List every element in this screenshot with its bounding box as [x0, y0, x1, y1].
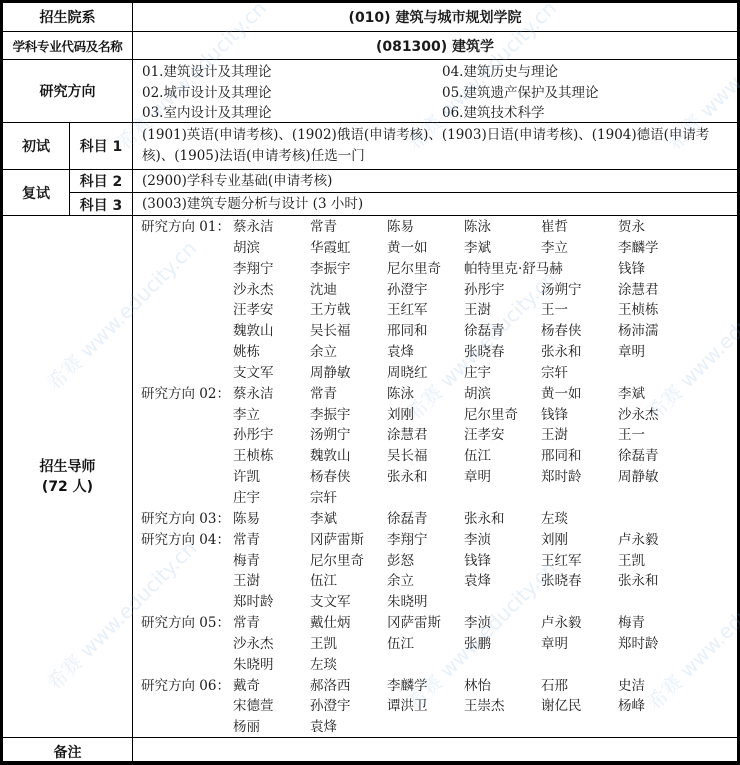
advisor-name: 陈泳	[387, 384, 464, 405]
advisor-name: 庄宇	[233, 488, 310, 509]
advisor-name: 王一	[618, 425, 695, 446]
advisor-name: 王崇杰	[464, 696, 541, 717]
advisor-name: 袁烽	[464, 571, 541, 592]
advisor-name: 李翔宁	[233, 259, 310, 280]
advisor-name: 吴长福	[310, 321, 387, 342]
advisor-name: 张永和	[618, 571, 695, 592]
advisor-name: 余立	[387, 571, 464, 592]
advisor-name: 梅青	[233, 551, 310, 572]
advisor-name: 石邢	[541, 676, 618, 697]
retest-subject-2-value: (2900)学科专业基础(申请考核)	[133, 170, 737, 193]
advisor-name: 徐磊青	[618, 446, 695, 467]
advisor-name: 魏敦山	[233, 321, 310, 342]
retest-label: 复试	[3, 170, 70, 215]
major-row: 学科专业代码及名称 (081300) 建筑学	[3, 32, 737, 60]
advisor-name: 冈萨雷斯	[310, 530, 387, 551]
advisor-name: 戴奇	[233, 676, 310, 697]
advisor-name: 李斌	[618, 384, 695, 405]
retest-subject-3-label: 科目 3	[70, 193, 133, 216]
advisor-name: 沙永杰	[618, 405, 695, 426]
advisor-name: 徐磊青	[464, 321, 541, 342]
direction-item: 03.室内设计及其理论	[142, 103, 442, 124]
advisor-name: 沈迪	[310, 280, 387, 301]
direction-item: 02.城市设计及其理论	[142, 83, 442, 104]
advisor-name: 王凯	[310, 634, 387, 655]
advisor-name: 杨春侠	[310, 467, 387, 488]
direction-item: 05.建筑遗产保护及其理论	[442, 83, 740, 104]
retest-subject-3-value: (3003)建筑专题分析与设计 (3 小时)	[133, 193, 737, 216]
advisor-name: 华霞虹	[310, 238, 387, 259]
advisor-name: 张晓春	[464, 342, 541, 363]
advisors-row: 招生导师 (72 人) 研究方向 01：蔡永洁常青陈易陈泳崔哲贺永胡滨华霞虹黄一…	[3, 216, 737, 738]
advisor-name: 章明	[541, 634, 618, 655]
advisor-name: 钱锋	[541, 405, 618, 426]
department-value: (010) 建筑与城市规划学院	[133, 3, 737, 31]
advisor-name: 张永和	[541, 342, 618, 363]
advisor-name: 梅青	[618, 613, 695, 634]
advisor-name: 朱晓明	[233, 655, 310, 676]
advisor-group-label: 研究方向 02：	[141, 384, 233, 405]
advisor-name: 左琰	[541, 509, 618, 530]
advisor-group-3: 研究方向 03：陈易李斌徐磊青张永和左琰	[141, 509, 737, 530]
advisor-name: 刘刚	[387, 405, 464, 426]
advisor-name: 王凯	[618, 551, 695, 572]
advisor-name: 张永和	[387, 467, 464, 488]
advisor-names: 蔡永洁常青陈泳胡滨黄一如李斌李立李振宇刘刚尼尔里奇钱锋沙永杰孙彤宇汤朔宁涂慧君汪…	[233, 384, 737, 509]
advisor-name: 彭怒	[387, 551, 464, 572]
advisor-name: 陈易	[233, 509, 310, 530]
advisor-name: 卢永毅	[541, 613, 618, 634]
advisor-name: 伍江	[387, 634, 464, 655]
advisor-name: 张晓春	[541, 571, 618, 592]
major-value: (081300) 建筑学	[133, 32, 737, 59]
advisor-name: 孙澄宇	[387, 280, 464, 301]
advisor-group-label: 研究方向 01：	[141, 217, 233, 238]
advisor-name: 支文军	[233, 363, 310, 384]
advisor-names: 陈易李斌徐磊青张永和左琰	[233, 509, 737, 530]
advisor-name: 李振宇	[310, 405, 387, 426]
advisor-name: 胡滨	[464, 384, 541, 405]
advisor-group-5: 研究方向 05：常青戴仕炳冈萨雷斯李浈卢永毅梅青沙永杰王凯伍江张鹏章明郑时龄朱晓…	[141, 613, 737, 676]
remarks-value	[133, 738, 737, 765]
advisor-name: 李立	[541, 238, 618, 259]
advisor-name: 王红军	[387, 300, 464, 321]
advisor-name: 庄宇	[464, 363, 541, 384]
advisor-name: 孙彤宇	[464, 280, 541, 301]
advisor-name: 常青	[233, 613, 310, 634]
advisor-name: 章明	[464, 467, 541, 488]
advisor-name: 袁烽	[387, 342, 464, 363]
advisor-name: 许凯	[233, 467, 310, 488]
advisor-name: 王澍	[541, 425, 618, 446]
advisor-name: 钱锋	[464, 551, 541, 572]
advisor-name: 尼尔里奇	[387, 259, 464, 280]
advisor-group-1: 研究方向 01：蔡永洁常青陈易陈泳崔哲贺永胡滨华霞虹黄一如李斌李立李麟学李翔宁李…	[141, 217, 737, 384]
advisors-count: (72 人)	[42, 477, 93, 497]
advisor-name: 胡滨	[233, 238, 310, 259]
advisor-name: 王红军	[541, 551, 618, 572]
advisor-group-label: 研究方向 06：	[141, 676, 233, 697]
direction-item: 01.建筑设计及其理论	[142, 62, 442, 83]
advisor-name: 郑时龄	[541, 467, 618, 488]
advisor-name	[541, 259, 618, 280]
advisor-name: 周静敏	[310, 363, 387, 384]
advisor-name: 魏敦山	[310, 446, 387, 467]
advisor-name: 余立	[310, 342, 387, 363]
retest-exam-row: 复试 科目 2 科目 3 (2900)学科专业基础(申请考核) (3003)建筑…	[3, 170, 737, 216]
advisor-name: 徐磊青	[387, 509, 464, 530]
department-row: 招生院系 (010) 建筑与城市规划学院	[3, 3, 737, 32]
advisor-name: 王澍	[464, 300, 541, 321]
advisor-name: 沙永杰	[233, 634, 310, 655]
department-label: 招生院系	[3, 3, 133, 31]
advisor-name: 李振宇	[310, 259, 387, 280]
advisor-name: 李立	[233, 405, 310, 426]
advisor-group-2: 研究方向 02：蔡永洁常青陈泳胡滨黄一如李斌李立李振宇刘刚尼尔里奇钱锋沙永杰孙彤…	[141, 384, 737, 509]
advisor-name: 杨峰	[618, 696, 695, 717]
advisor-name: 王方戟	[310, 300, 387, 321]
advisor-name: 汪孝安	[233, 300, 310, 321]
retest-subject-2-label: 科目 2	[70, 170, 133, 193]
advisor-name: 孙彤宇	[233, 425, 310, 446]
advisor-name: 杨丽	[233, 717, 310, 738]
advisor-name: 黄一如	[387, 238, 464, 259]
advisor-name: 李斌	[464, 238, 541, 259]
advisor-name: 李麟学	[387, 676, 464, 697]
advisor-name: 朱晓明	[387, 592, 464, 613]
advisor-name: 姚栋	[233, 342, 310, 363]
advisor-group-4: 研究方向 04：常青冈萨雷斯李翔宁李浈刘刚卢永毅梅青尼尔里奇彭怒钱锋王红军王凯王…	[141, 530, 737, 613]
remarks-row: 备注	[3, 738, 737, 765]
advisor-name: 孙澄宇	[310, 696, 387, 717]
advisor-name: 李麟学	[618, 238, 695, 259]
directions-label: 研究方向	[3, 60, 133, 122]
advisor-name: 王桢栋	[233, 446, 310, 467]
advisor-name: 袁烽	[310, 717, 387, 738]
advisor-name: 史洁	[618, 676, 695, 697]
advisor-group-6: 研究方向 06：戴奇郝洛西李麟学林怡石邢史洁宋德萱孙澄宇谭洪卫王崇杰谢亿民杨峰杨…	[141, 676, 737, 739]
advisor-name: 伍江	[310, 571, 387, 592]
preliminary-label: 初试	[3, 123, 70, 169]
advisor-name: 王一	[541, 300, 618, 321]
advisor-name: 郑时龄	[233, 592, 310, 613]
advisor-name: 宗轩	[541, 363, 618, 384]
advisors-list: 研究方向 01：蔡永洁常青陈易陈泳崔哲贺永胡滨华霞虹黄一如李斌李立李麟学李翔宁李…	[141, 217, 737, 738]
advisor-name: 谭洪卫	[387, 696, 464, 717]
advisor-names: 常青冈萨雷斯李翔宁李浈刘刚卢永毅梅青尼尔里奇彭怒钱锋王红军王凯王澍伍江余立袁烽张…	[233, 530, 737, 613]
advisor-name: 郝洛西	[310, 676, 387, 697]
advisor-name: 黄一如	[541, 384, 618, 405]
advisor-name: 汪孝安	[464, 425, 541, 446]
advisor-name: 冈萨雷斯	[387, 613, 464, 634]
advisor-name: 钱锋	[618, 259, 695, 280]
advisor-name: 李浈	[464, 530, 541, 551]
advisor-name: 陈易	[387, 217, 464, 238]
advisor-name: 汤朔宁	[541, 280, 618, 301]
advisor-name: 尼尔里奇	[310, 551, 387, 572]
advisor-name: 陈泳	[464, 217, 541, 238]
advisor-names: 戴奇郝洛西李麟学林怡石邢史洁宋德萱孙澄宇谭洪卫王崇杰谢亿民杨峰杨丽袁烽	[233, 676, 737, 739]
advisor-name: 涂慧君	[618, 280, 695, 301]
remarks-label: 备注	[3, 738, 133, 765]
advisor-group-label: 研究方向 03：	[141, 509, 233, 530]
direction-item: 06.建筑技术科学	[442, 103, 740, 124]
advisor-name: 王桢栋	[618, 300, 695, 321]
advisor-name: 伍江	[464, 446, 541, 467]
advisor-name: 戴仕炳	[310, 613, 387, 634]
advisor-name: 汤朔宁	[310, 425, 387, 446]
preliminary-exam-row: 初试 科目 1 (1901)英语(申请考核)、(1902)俄语(申请考核)、(1…	[3, 123, 737, 170]
advisor-name: 常青	[233, 530, 310, 551]
advisor-name: 郑时龄	[618, 634, 695, 655]
advisor-name: 李浈	[464, 613, 541, 634]
advisor-name: 左琰	[310, 655, 387, 676]
advisor-name: 尼尔里奇	[464, 405, 541, 426]
major-label: 学科专业代码及名称	[3, 32, 133, 59]
direction-item: 04.建筑历史与理论	[442, 62, 740, 83]
directions-row: 研究方向 01.建筑设计及其理论 04.建筑历史与理论 02.城市设计及其理论 …	[3, 60, 737, 123]
advisors-label-cell: 招生导师 (72 人)	[3, 216, 133, 737]
advisor-name: 邢同和	[387, 321, 464, 342]
advisor-group-label: 研究方向 05：	[141, 613, 233, 634]
advisor-name: 宗轩	[310, 488, 387, 509]
advisor-names: 常青戴仕炳冈萨雷斯李浈卢永毅梅青沙永杰王凯伍江张鹏章明郑时龄朱晓明左琰	[233, 613, 737, 676]
advisor-name: 李翔宁	[387, 530, 464, 551]
preliminary-subject-label: 科目 1	[70, 123, 133, 169]
advisor-name: 常青	[310, 384, 387, 405]
advisor-name: 贺永	[618, 217, 695, 238]
advisor-name: 杨春侠	[541, 321, 618, 342]
advisor-name: 蔡永洁	[233, 217, 310, 238]
advisor-name: 帕特里克·舒马赫	[464, 259, 541, 280]
advisor-group-label: 研究方向 04：	[141, 530, 233, 551]
advisor-name: 卢永毅	[618, 530, 695, 551]
advisor-name: 常青	[310, 217, 387, 238]
advisor-names: 蔡永洁常青陈易陈泳崔哲贺永胡滨华霞虹黄一如李斌李立李麟学李翔宁李振宇尼尔里奇帕特…	[233, 217, 737, 384]
advisor-name: 李斌	[310, 509, 387, 530]
advisor-name: 杨沛濡	[618, 321, 695, 342]
advisor-name: 林怡	[464, 676, 541, 697]
advisor-name: 谢亿民	[541, 696, 618, 717]
advisor-name: 张永和	[464, 509, 541, 530]
directions-list: 01.建筑设计及其理论 04.建筑历史与理论 02.城市设计及其理论 05.建筑…	[133, 60, 737, 122]
advisor-name: 涂慧君	[387, 425, 464, 446]
advisor-name: 吴长福	[387, 446, 464, 467]
advisor-name: 刘刚	[541, 530, 618, 551]
advisor-name: 沙永杰	[233, 280, 310, 301]
advisor-name: 支文军	[310, 592, 387, 613]
advisors-label: 招生导师	[40, 457, 96, 477]
advisor-name: 宋德萱	[233, 696, 310, 717]
advisor-name: 张鹏	[464, 634, 541, 655]
advisor-name: 周静敏	[618, 467, 695, 488]
advisor-name: 崔哲	[541, 217, 618, 238]
advisor-name: 周晓红	[387, 363, 464, 384]
advisor-name: 蔡永洁	[233, 384, 310, 405]
preliminary-subject-value: (1901)英语(申请考核)、(1902)俄语(申请考核)、(1903)日语(申…	[133, 124, 737, 167]
advisor-name: 章明	[618, 342, 695, 363]
admission-table: 招生院系 (010) 建筑与城市规划学院 学科专业代码及名称 (081300) …	[0, 0, 740, 765]
advisor-name: 王澍	[233, 571, 310, 592]
advisor-name: 邢同和	[541, 446, 618, 467]
